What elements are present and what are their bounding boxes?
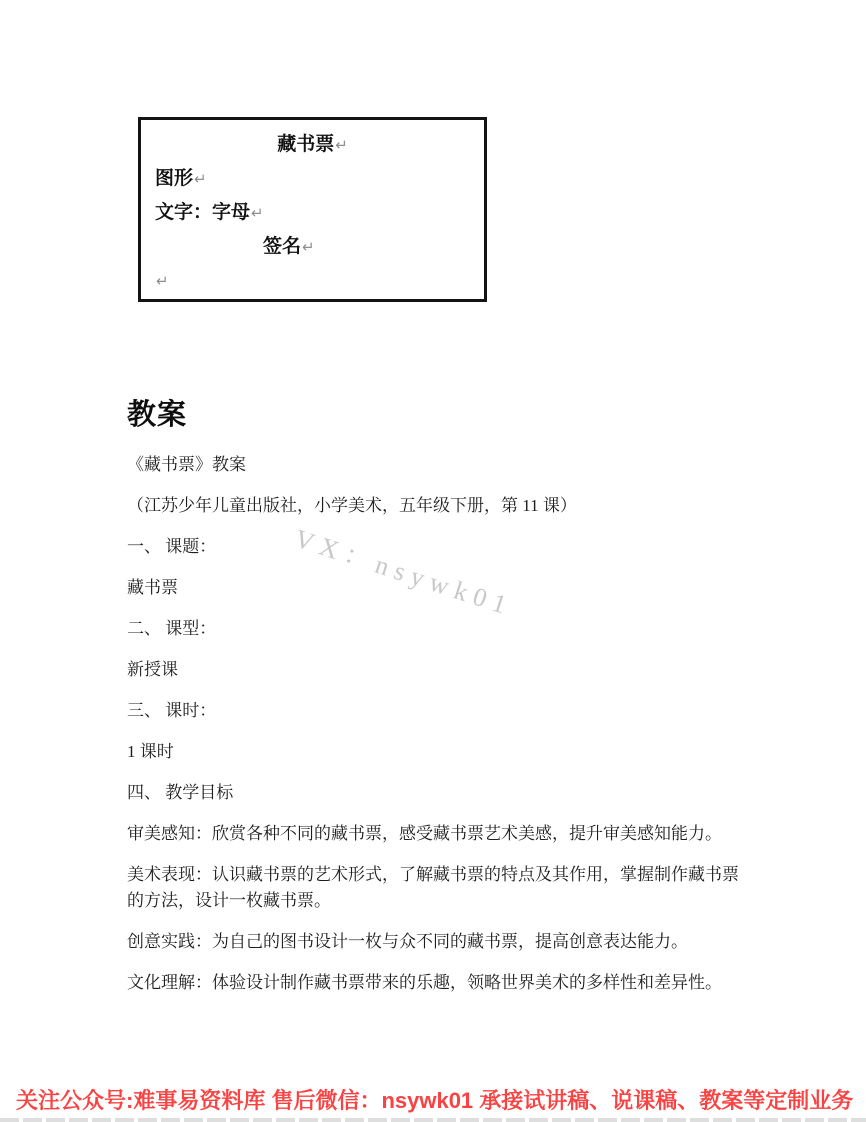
paragraph-mark-icon: ↵ (302, 238, 315, 256)
page-title: 教案 (127, 392, 187, 433)
paragraph-mark-icon: ↵ (251, 204, 264, 222)
paragraph: 创意实践：为自己的图书设计一枚与众不同的藏书票，提高创意表达能力。 (127, 929, 752, 955)
paragraph: （江苏少年儿童出版社，小学美术，五年级下册，第 11 课） (127, 493, 752, 519)
document-body: 《藏书票》教案 （江苏少年儿童出版社，小学美术，五年级下册，第 11 课） 一、… (127, 452, 752, 1011)
bookplate-title-line: 藏书票↵ (155, 128, 484, 162)
paragraph: 新授课 (127, 657, 752, 683)
paragraph: 二、 课型： (127, 616, 752, 642)
document-page: 藏书票↵ 图形↵ 文字：字母↵ 签名↵ ↵ VX：nsywk01 教案 《藏书票… (0, 0, 866, 1122)
paragraph: 一、 课题： (127, 534, 752, 560)
bottom-edge-strip (0, 1118, 866, 1122)
paragraph: 藏书票 (127, 575, 752, 601)
paragraph: 美术表现：认识藏书票的艺术形式，了解藏书票的特点及其作用，掌握制作藏书票的方法，… (127, 862, 752, 914)
paragraph-mark-icon: ↵ (335, 136, 348, 154)
paragraph: 《藏书票》教案 (127, 452, 752, 478)
promo-footer-text: 关注公众号:难事易资料库 售后微信：nsywk01 承接试讲稿、说课稿、教案等定… (0, 1084, 866, 1115)
paragraph: 三、 课时： (127, 698, 752, 724)
paragraph-mark-icon: ↵ (156, 272, 169, 290)
bookplate-text-line: 文字：字母↵ (155, 196, 484, 230)
paragraph: 四、 教学目标 (127, 780, 752, 806)
bookplate-empty-line: ↵ (155, 264, 484, 298)
paragraph: 1 课时 (127, 739, 752, 765)
bookplate-title: 藏书票 (277, 134, 334, 155)
bookplate-signature-label: 签名 (263, 236, 301, 257)
bookplate-sketch-box: 藏书票↵ 图形↵ 文字：字母↵ 签名↵ ↵ (138, 117, 487, 302)
bookplate-graphic-label: 图形 (155, 168, 193, 189)
paragraph-mark-icon: ↵ (194, 170, 207, 188)
bookplate-graphic-line: 图形↵ (155, 162, 484, 196)
paragraph: 文化理解：体验设计制作藏书票带来的乐趣，领略世界美术的多样性和差异性。 (127, 970, 752, 996)
paragraph: 审美感知：欣赏各种不同的藏书票，感受藏书票艺术美感，提升审美感知能力。 (127, 821, 752, 847)
bookplate-text-label: 文字：字母 (155, 202, 250, 223)
bookplate-signature-line: 签名↵ (263, 230, 484, 264)
